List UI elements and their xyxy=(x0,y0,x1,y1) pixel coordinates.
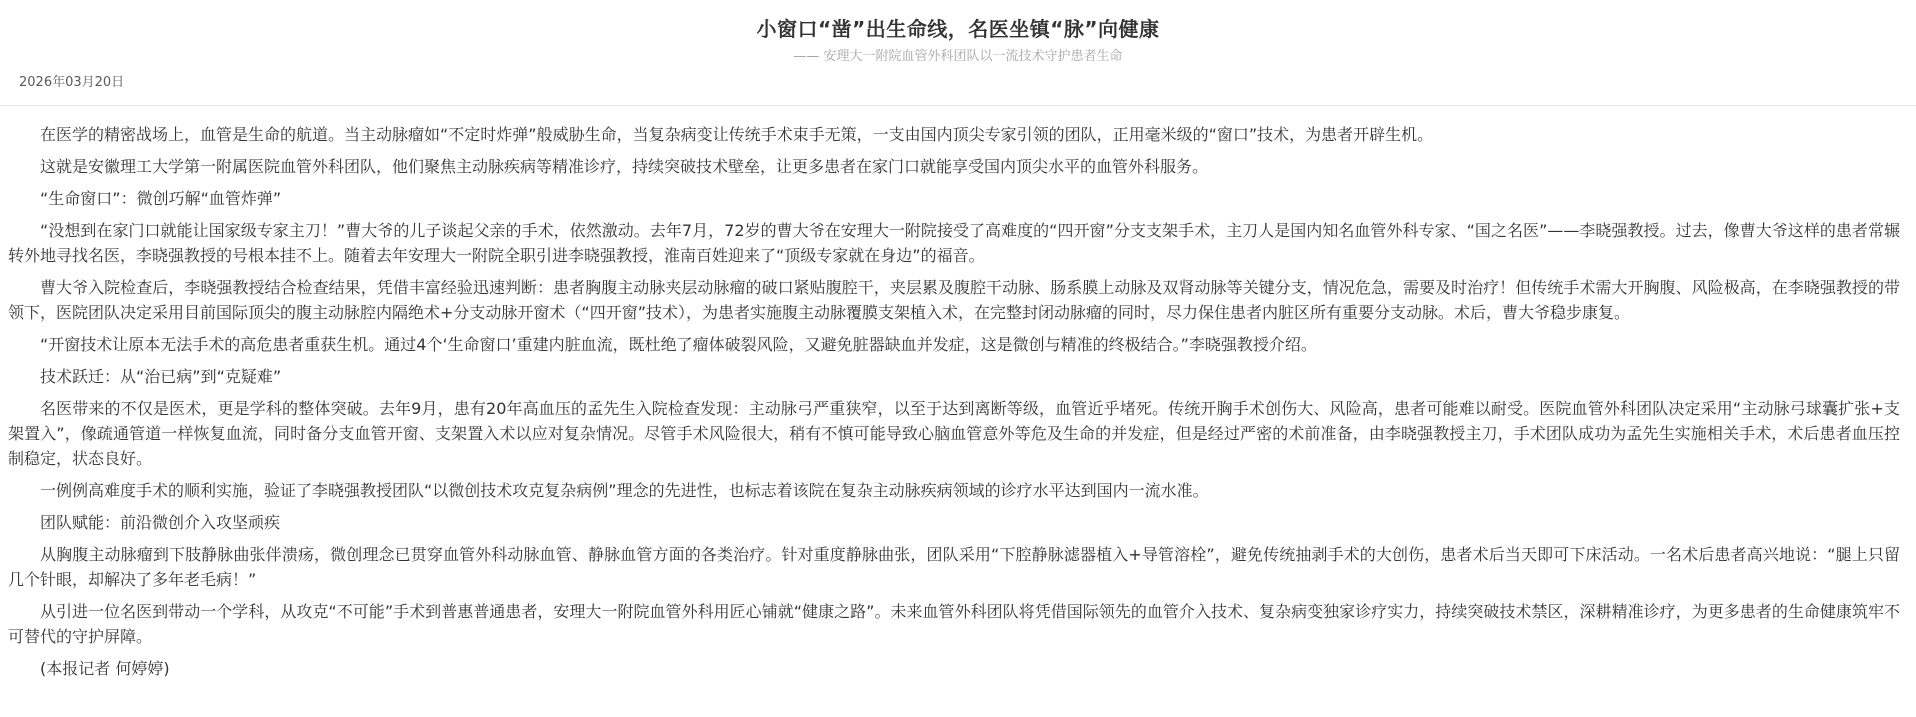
paragraph: 这就是安徽理工大学第一附属医院血管外科团队，他们聚焦主动脉疾病等精准诊疗，持续突… xyxy=(8,154,1900,179)
paragraph: 从胸腹主动脉瘤到下肢静脉曲张伴溃疡，微创理念已贯穿血管外科动脉血管、静脉血管方面… xyxy=(8,542,1900,592)
paragraph: “开窗技术让原本无法手术的高危患者重获生机。通过4个‘生命窗口’重建内脏血流，既… xyxy=(8,332,1900,357)
paragraph: 曹大爷入院检查后，李晓强教授结合检查结果，凭借丰富经验迅速判断：患者胸腹主动脉夹… xyxy=(8,275,1900,325)
article-page: 小窗口“凿”出生命线，名医坐镇“脉”向健康 —— 安理大一附院血管外科团队以一流… xyxy=(0,0,1916,717)
page-title: 小窗口“凿”出生命线，名医坐镇“脉”向健康 xyxy=(0,16,1916,42)
section-heading: “生命窗口”：微创巧解“血管炸弹” xyxy=(8,186,1900,211)
publish-date: 2026年03月20日 xyxy=(19,71,1916,90)
paragraph: 从引进一位名医到带动一个学科，从攻克“不可能”手术到普惠普通患者，安理大一附院血… xyxy=(8,599,1900,649)
section-heading: 团队赋能：前沿微创介入攻坚顽疾 xyxy=(8,510,1900,535)
byline: (本报记者 何婷婷) xyxy=(8,656,1900,681)
article-header: 小窗口“凿”出生命线，名医坐镇“脉”向健康 —— 安理大一附院血管外科团队以一流… xyxy=(0,0,1916,65)
article-body: 在医学的精密战场上，血管是生命的航道。当主动脉瘤如“不定时炸弹”般威胁生命，当复… xyxy=(0,106,1916,681)
section-heading: 技术跃迁：从“治已病”到“克疑难” xyxy=(8,364,1900,389)
paragraph: 一例例高难度手术的顺利实施，验证了李晓强教授团队“以微创技术攻克复杂病例”理念的… xyxy=(8,478,1900,503)
paragraph: 名医带来的不仅是医术，更是学科的整体突破。去年9月，患有20年高血压的孟先生入院… xyxy=(8,396,1900,471)
paragraph: “没想到在家门口就能让国家级专家主刀！”曹大爷的儿子谈起父亲的手术，依然激动。去… xyxy=(8,218,1900,268)
paragraph: 在医学的精密战场上，血管是生命的航道。当主动脉瘤如“不定时炸弹”般威胁生命，当复… xyxy=(8,122,1900,147)
page-subtitle: —— 安理大一附院血管外科团队以一流技术守护患者生命 xyxy=(0,48,1916,65)
